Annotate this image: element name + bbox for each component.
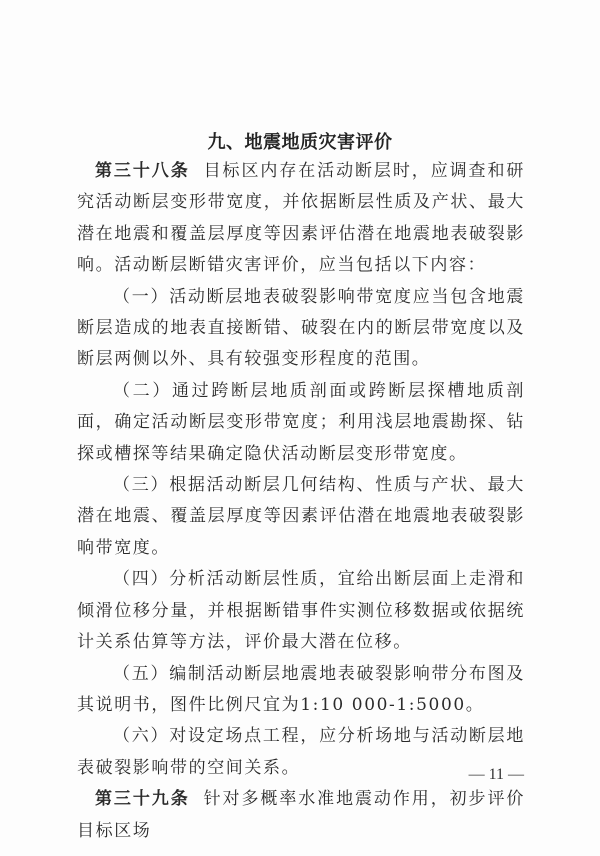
section-title: 九、地震地质灾害评价 — [0, 131, 600, 155]
item-3: （三）根据活动断层几何结构、性质与产状、最大潜在地震、覆盖层厚度等因素评估潜在地… — [77, 470, 525, 564]
article-38: 第三十八条目标区内存在活动断层时，应调查和研究活动断层变形带宽度，并依据断层性质… — [77, 156, 525, 282]
article-39: 第三十九条针对多概率水准地震动作用，初步评价目标区场 — [77, 784, 525, 847]
item-5: （五）编制活动断层地震地表破裂影响带分布图及其说明书，图件比例尺宜为1:10 0… — [77, 659, 525, 722]
article-number: 第三十八条 — [95, 161, 190, 181]
document-body: 第三十八条目标区内存在活动断层时，应调查和研究活动断层变形带宽度，并依据断层性质… — [77, 156, 525, 847]
article-number: 第三十九条 — [95, 789, 190, 809]
item-2: （二）通过跨断层地质剖面或跨断层探槽地质剖面，确定活动断层变形带宽度；利用浅层地… — [77, 376, 525, 470]
item-1: （一）活动断层地表破裂影响带宽度应当包含地震断层造成的地表直接断错、破裂在内的断… — [77, 282, 525, 376]
item-6: （六）对设定场点工程，应分析场地与活动断层地表破裂影响带的空间关系。 — [77, 721, 525, 784]
document-page: 九、地震地质灾害评价 第三十八条目标区内存在活动断层时，应调查和研究活动断层变形… — [0, 0, 600, 856]
item-4: （四）分析活动断层性质，宜给出断层面上走滑和倾滑位移分量，并根据断错事件实测位移… — [77, 564, 525, 658]
page-number: — 11 — — [464, 766, 524, 784]
